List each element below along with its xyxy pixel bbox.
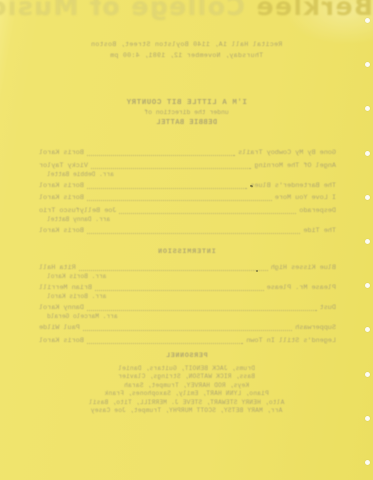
song-row: The Tide Boris Karol bbox=[39, 227, 336, 235]
concert-title-block: I'M A LITTLE BIT COUNTRY under the direc… bbox=[0, 99, 373, 129]
binder-hole bbox=[365, 151, 370, 156]
binder-hole bbox=[365, 372, 370, 377]
intermission-label: INTERMISSION bbox=[0, 248, 373, 256]
dot-leader bbox=[83, 330, 292, 331]
binder-hole bbox=[365, 239, 370, 244]
dot-leader bbox=[79, 270, 268, 271]
venue-date-line: Thursday, November 12, 1981, 4:00 pm bbox=[0, 52, 373, 60]
personnel-line: Drums, JACK BENOIT, Guitars, Daniel bbox=[0, 365, 373, 373]
direction-subtitle: under the direction of bbox=[0, 108, 373, 118]
binder-hole bbox=[365, 416, 370, 421]
personnel-line: Bass, RICK WATSON, Strings, Clavier bbox=[0, 373, 373, 381]
bleed-through-layer: Berklee College of Music Recital Hall 1A… bbox=[0, 0, 373, 480]
song-row: Desperado Joe Bellyfusco Trio bbox=[39, 207, 336, 215]
performer-name: Brian Merrill bbox=[39, 284, 92, 292]
song-title: Supperwash bbox=[295, 324, 336, 332]
performer-name: Paul Wilde bbox=[39, 324, 80, 332]
binder-hole bbox=[365, 18, 370, 23]
program-list-part1: Gone By My Cowboy Trails Boris Karol Ang… bbox=[39, 149, 336, 240]
dot-leader bbox=[120, 213, 297, 214]
personnel-section: PERSONNEL Drums, JACK BENOIT, Guitars, D… bbox=[0, 352, 373, 415]
program-list-part2: Blue Kisses High Rita Hall arr. Boris Ka… bbox=[39, 264, 336, 349]
arranger-credit: arr. Danny Battel bbox=[39, 217, 336, 224]
dot-leader bbox=[91, 168, 251, 169]
performer-name: Vicky Taylor bbox=[39, 162, 88, 170]
dot-leader bbox=[95, 290, 264, 291]
performer-name: Boris Karol bbox=[39, 227, 84, 235]
dot-leader bbox=[87, 155, 235, 156]
performer-name: Rita Hall bbox=[39, 264, 76, 272]
song-row: Please Mr. Please Brian Merrill bbox=[39, 284, 336, 292]
song-row: Angel Of The Morning Vicky Taylor bbox=[39, 162, 336, 170]
song-title: Desperado bbox=[299, 207, 336, 215]
personnel-line: Keys, ROD HARVEY, Trumpet, Sarah bbox=[0, 382, 373, 390]
personnel-header: PERSONNEL bbox=[0, 352, 373, 360]
dot-leader bbox=[87, 233, 300, 234]
dot-leader bbox=[87, 200, 272, 201]
logo-word-college-of-music: College of Music bbox=[0, 0, 245, 21]
song-title: The Tide bbox=[303, 227, 336, 235]
arranger-credit: arr. Marcelo Gerald bbox=[39, 314, 336, 321]
concert-title: I'M A LITTLE BIT COUNTRY bbox=[0, 99, 373, 108]
dot-leader bbox=[87, 188, 247, 189]
performer-name: Boris Karol bbox=[39, 149, 84, 157]
song-title: Please Mr. Please bbox=[267, 284, 336, 292]
dot-leader bbox=[87, 343, 243, 344]
binder-hole bbox=[365, 460, 370, 465]
song-title: I Love You More bbox=[275, 194, 336, 202]
song-title: Blue Kisses High bbox=[271, 264, 336, 272]
song-row: Gone By My Cowboy Trails Boris Karol bbox=[39, 149, 336, 157]
song-row: Dust Danny Karol bbox=[39, 304, 336, 312]
performer-name: Danny Karol bbox=[39, 304, 84, 312]
personnel-lines: Drums, JACK BENOIT, Guitars, Daniel Bass… bbox=[0, 365, 373, 415]
performer-name: Joe Bellyfusco Trio bbox=[39, 207, 117, 215]
logo-word-berklee: Berklee bbox=[255, 0, 373, 21]
song-row: Legend's Still In Town Boris Karol bbox=[39, 337, 336, 345]
arranger-credit: arr. Debbie Battel bbox=[39, 172, 336, 179]
dot-leader bbox=[87, 310, 317, 311]
berklee-logo: Berklee College of Music bbox=[0, 0, 373, 21]
song-row: I Love You More Boris Karol bbox=[39, 194, 336, 202]
arranger-credit: arr. Boris Karol bbox=[39, 274, 336, 281]
personnel-line: Arr, MARY BETSY, SCOTT MURPHY, Trumpet, … bbox=[0, 407, 373, 415]
song-title: The Bartender's Blues bbox=[250, 182, 336, 190]
personnel-line: Alto, HENRY STEWART, STEVE J. MERRILL, T… bbox=[0, 399, 373, 407]
song-title: Legend's Still In Town bbox=[246, 337, 336, 345]
arranger-credit: arr. Boris Karol bbox=[39, 294, 336, 301]
venue-address-line: Recital Hall 1A, 1140 Boylston Street, B… bbox=[0, 41, 373, 49]
binder-hole bbox=[365, 195, 370, 200]
song-title: Angel Of The Morning bbox=[254, 162, 336, 170]
song-row: The Bartender's Blues Boris Karol bbox=[39, 182, 336, 190]
performer-name: Boris Karol bbox=[39, 194, 84, 202]
song-row: Supperwash Paul Wilde bbox=[39, 324, 336, 332]
scanned-program-page: Berklee College of Music Recital Hall 1A… bbox=[0, 0, 373, 480]
performer-name: Boris Karol bbox=[39, 182, 84, 190]
performer-name: Boris Karol bbox=[39, 337, 84, 345]
song-title: Dust bbox=[320, 304, 336, 312]
song-row: Blue Kisses High Rita Hall bbox=[39, 264, 336, 272]
ink-speck bbox=[256, 270, 258, 272]
director-name: DEBBIE BATTEL bbox=[0, 118, 373, 129]
personnel-line: Piano, LYNN HART, Emily, Saxophones, Fra… bbox=[0, 390, 373, 398]
song-title: Gone By My Cowboy Trails bbox=[238, 149, 336, 157]
